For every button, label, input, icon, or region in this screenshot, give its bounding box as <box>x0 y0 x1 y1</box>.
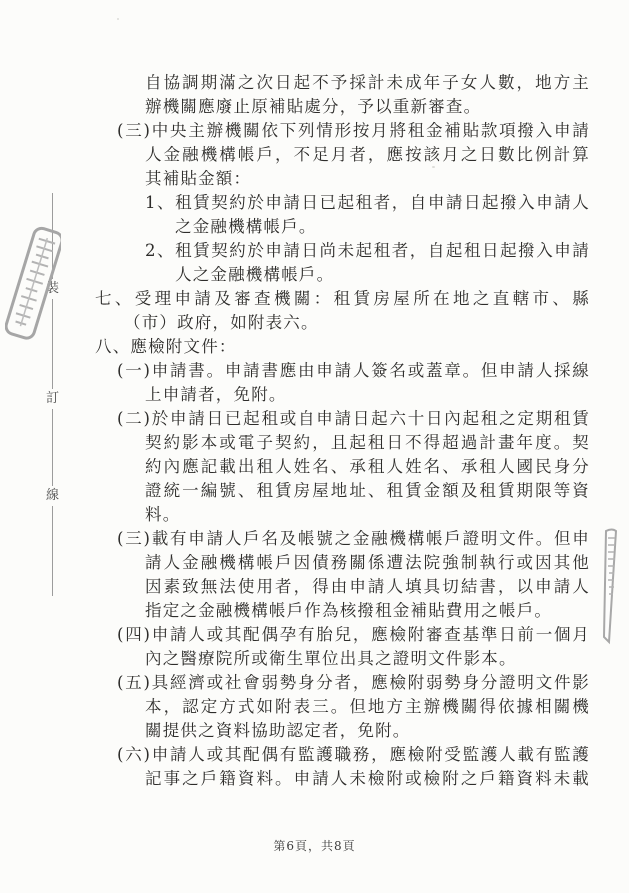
text-line: 自協調期滿之次日起不予採計未成年子女人數，地方主 <box>0 71 629 95</box>
text-line: 人之金融機構帳戶。 <box>0 263 629 287</box>
text-line: 辦機關應廢止原補貼處分，予以重新審查。 <box>0 95 629 119</box>
text-line: 之金融機構帳戶。 <box>0 215 629 239</box>
text-line: 八、應檢附文件： <box>0 335 629 359</box>
page-number: 第6頁，共8頁 <box>273 839 355 853</box>
scan-speck <box>527 704 529 706</box>
text-line: 請人金融機構帳戶因債務關係遭法院強制執行或因其他 <box>0 551 629 575</box>
text-line: （市）政府，如附表六。 <box>0 311 629 335</box>
text-line: (三)中央主辦機關依下列情形按月將租金補貼款項撥入申請 <box>0 119 629 143</box>
text-line: 指定之金融機構帳戶作為核撥租金補貼費用之帳戶。 <box>0 599 629 623</box>
text-line: 上申請者，免附。 <box>0 383 629 407</box>
scan-speck <box>117 18 119 20</box>
text-line: (二)於申請日已起租或自申請日起六十日內起租之定期租賃 <box>0 407 629 431</box>
text-line: (五)具經濟或社會弱勢身分者，應檢附弱勢身分證明文件影 <box>0 671 629 695</box>
text-line: 證統一編號、租賃房屋地址、租賃金額及租賃期限等資 <box>0 479 629 503</box>
text-line: (一)申請書。申請書應由申請人簽名或蓋章。但申請人採線 <box>0 359 629 383</box>
text-line: (三)載有申請人戶名及帳號之金融機構帳戶證明文件。但申 <box>0 527 629 551</box>
text-line: 2、租賃契約於申請日尚未起租者，自起租日起撥入申請 <box>0 239 629 263</box>
text-line: 人金融機構帳戶，不足月者，應按該月之日數比例計算 <box>0 143 629 167</box>
page-footer: 第6頁，共8頁 <box>0 837 629 854</box>
text-line: 料。 <box>0 503 629 527</box>
text-line: 1、租賃契約於申請日已起租者，自申請日起撥入申請人 <box>0 191 629 215</box>
document-page: 裝 訂 線 自協調期滿之次日起不予採計未成年子女人數，地方主辦機關應廢止原補貼處… <box>0 0 629 893</box>
text-line: 關提供之資料協助認定者，免附。 <box>0 719 629 743</box>
text-line: 內之醫療院所或衛生單位出具之證明文件影本。 <box>0 647 629 671</box>
text-line: 本，認定方式如附表三。但地方主辦機關得依據相關機 <box>0 695 629 719</box>
text-line: 約內應記載出租人姓名、承租人姓名、承租人國民身分 <box>0 455 629 479</box>
scan-speck <box>432 166 435 168</box>
text-line: (六)申請人或其配偶有監護職務，應檢附受監護人載有監護 <box>0 743 629 767</box>
text-line: 契約影本或電子契約，且起租日不得超過計畫年度。契 <box>0 431 629 455</box>
text-line: 因素致無法使用者，得由申請人填具切結書，以申請人 <box>0 575 629 599</box>
text-line: 其補貼金額： <box>0 167 629 191</box>
text-line: 記事之戶籍資料。申請人未檢附或檢附之戶籍資料未載 <box>0 767 629 791</box>
document-body: 自協調期滿之次日起不予採計未成年子女人數，地方主辦機關應廢止原補貼處分，予以重新… <box>0 71 629 791</box>
text-line: 七、受理申請及審查機關：租賃房屋所在地之直轄市、縣 <box>0 287 629 311</box>
text-line: (四)申請人或其配偶孕有胎兒，應檢附審查基準日前一個月 <box>0 623 629 647</box>
